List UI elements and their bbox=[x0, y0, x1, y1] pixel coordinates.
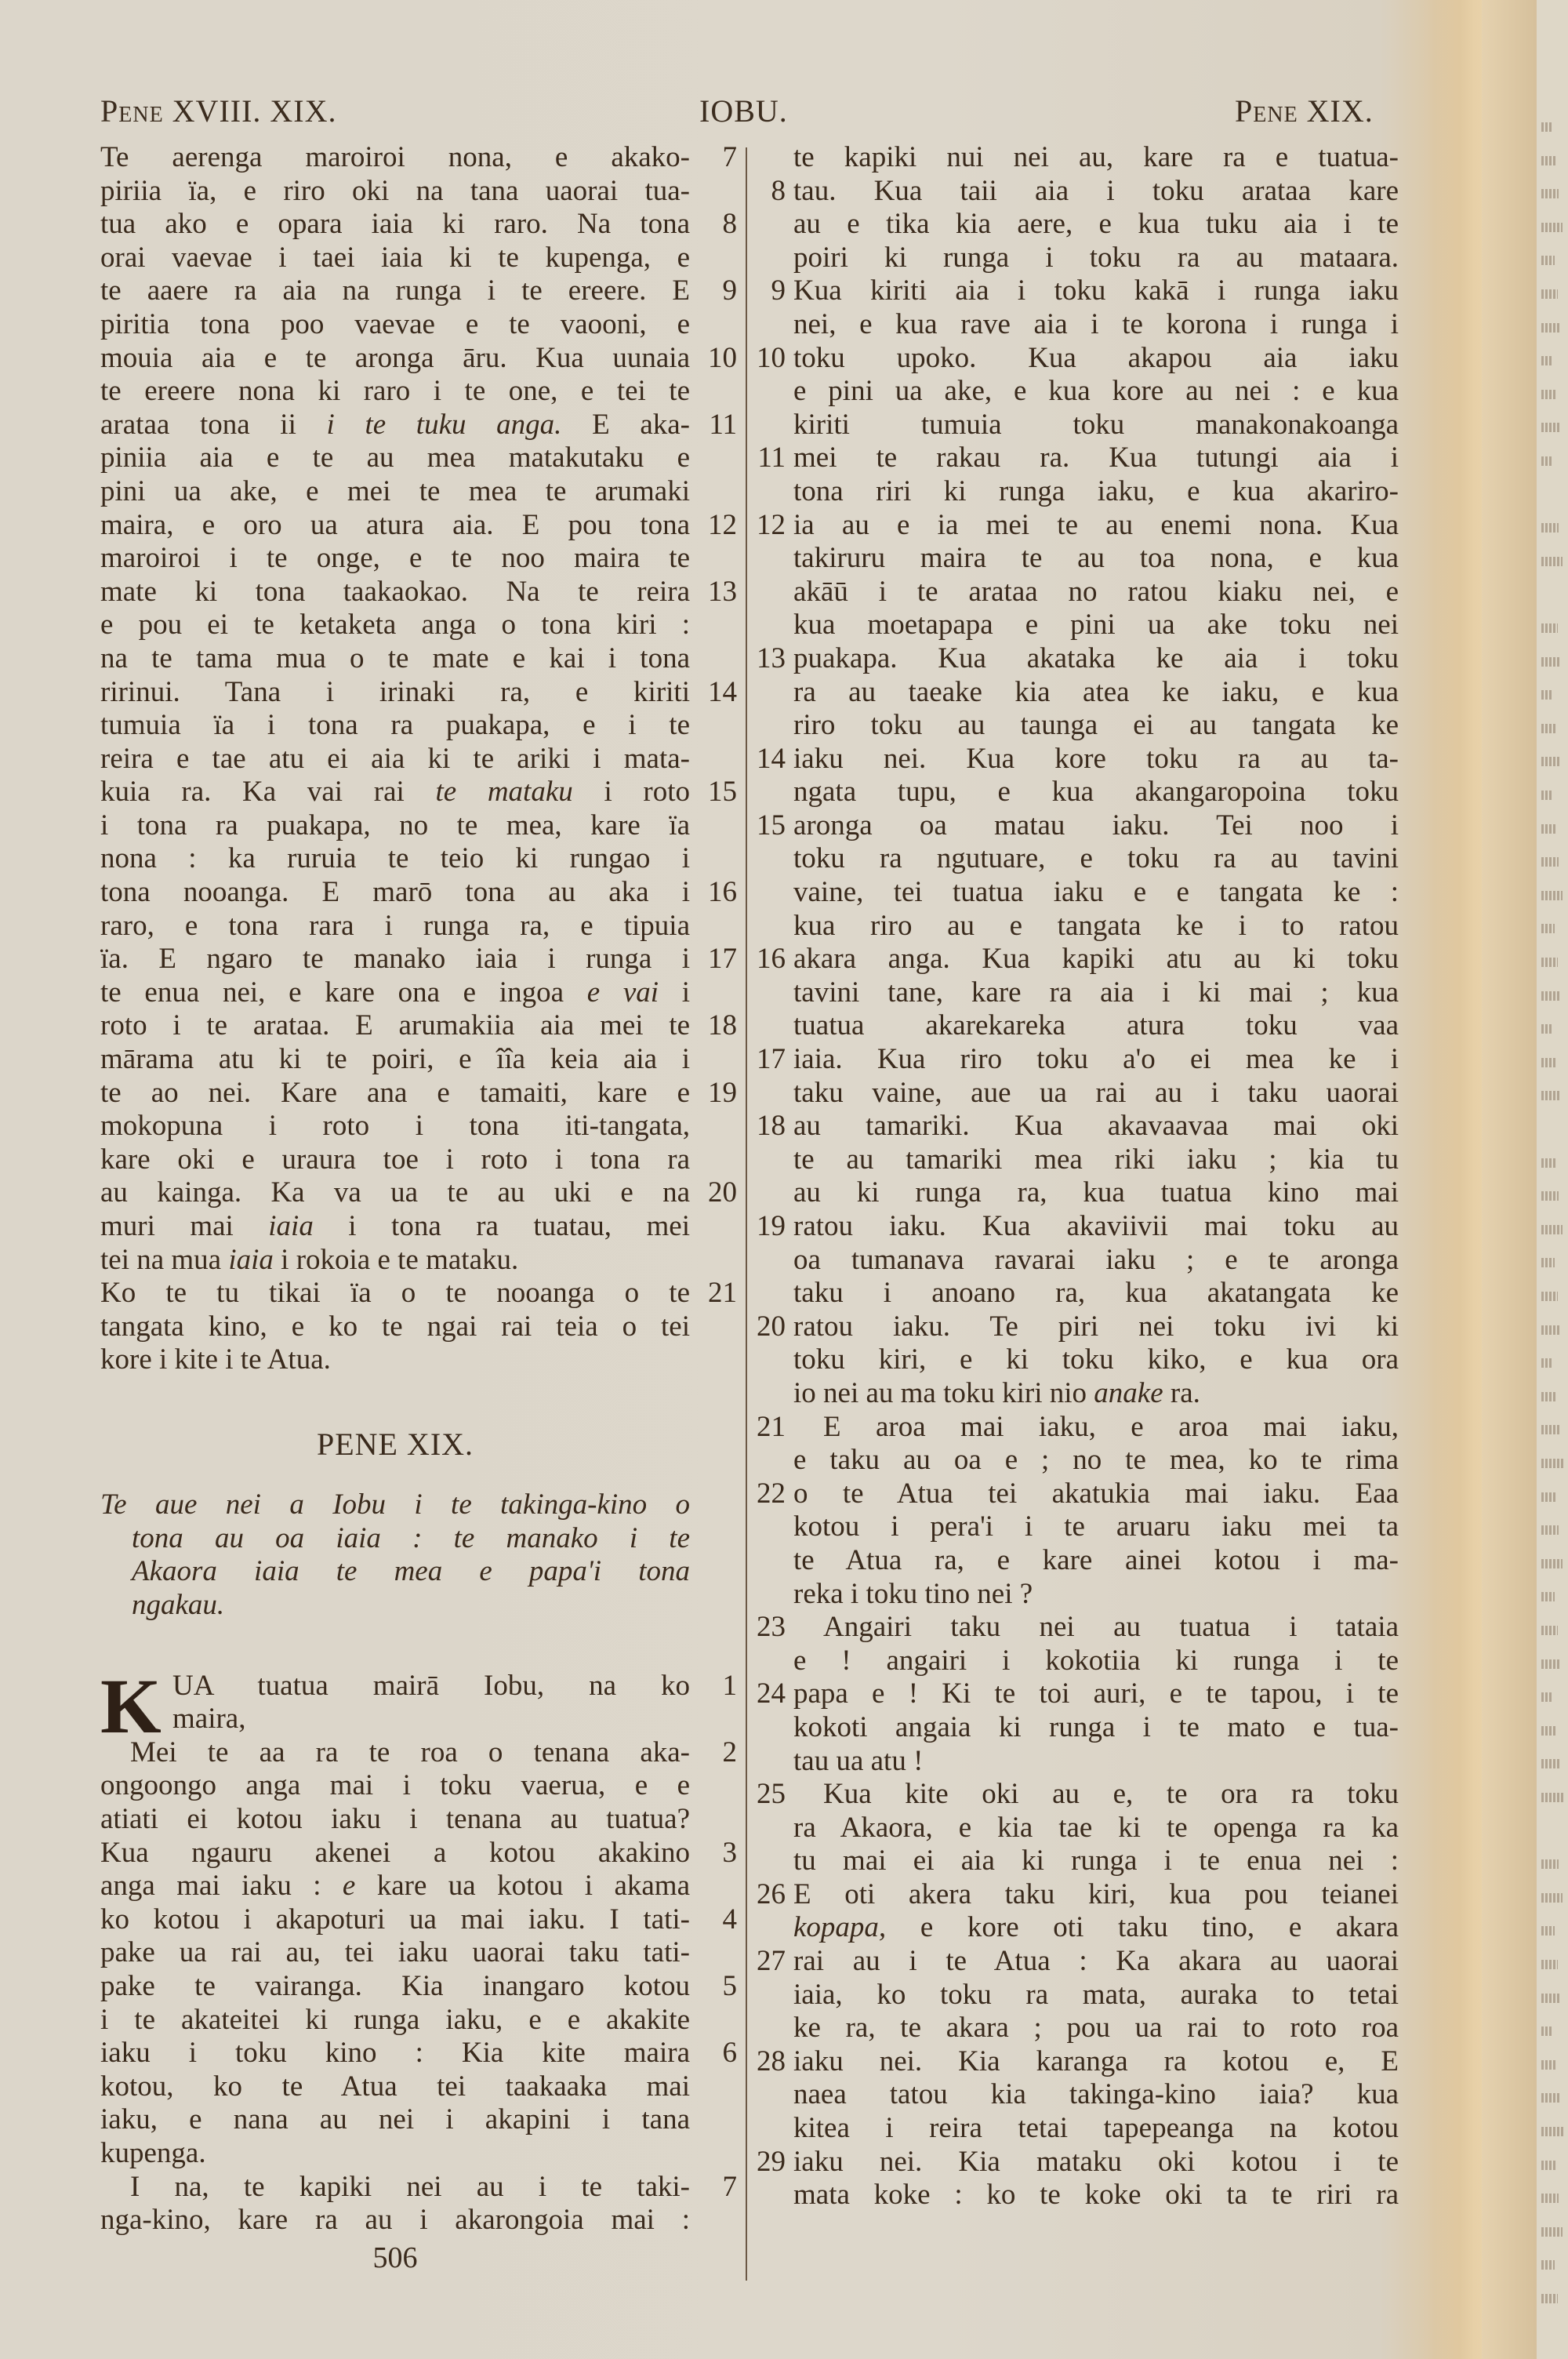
text-line: taku i anoano ra, kua akatangata ke bbox=[751, 1277, 1402, 1310]
text-line: reka i toku tino nei ? bbox=[751, 1578, 1402, 1612]
line-text: puakapa. Kua akataka ke aia i toku bbox=[793, 642, 1399, 676]
page-number: 506 bbox=[100, 2241, 690, 2275]
text-line: 9Kua kiriti aia i toku kakā i runga iaku bbox=[751, 274, 1402, 308]
summary-line: ngakau. bbox=[100, 1589, 690, 1623]
line-text: oa tumanava ravarai iaku ; e te aronga bbox=[793, 1244, 1399, 1278]
text-line: ko kotou i akapoturi ua mai iaku. I tati… bbox=[100, 1903, 735, 1937]
text-line: 23Angairi taku nei au tuatua i tataia bbox=[751, 1611, 1402, 1645]
verse-number: 11 bbox=[751, 442, 786, 475]
line-text: akāū i te arataa no ratou kiaku nei, e bbox=[793, 576, 1399, 609]
line-text: taku vaine, aue ua rai au i taku uaorai bbox=[793, 1077, 1399, 1110]
line-text: takiruru maira te au toa nona, e kua bbox=[793, 542, 1399, 576]
verse-number: 16 bbox=[706, 876, 737, 910]
text-segment: tei na mua bbox=[100, 1244, 228, 1276]
line-text: arataa tona ii i te tuku anga. E aka- bbox=[100, 409, 690, 442]
text-line: io nei au ma toku kiri nio anake ra. bbox=[751, 1377, 1402, 1411]
text-line: kotou i pera'i i te aruaru iaku mei ta bbox=[751, 1510, 1402, 1544]
text-line: orai vaevae i taei iaia ki te kupenga, e bbox=[100, 242, 735, 275]
line-text: kokoti angaia ki runga i te mato e tua- bbox=[793, 1711, 1399, 1745]
show-through-text bbox=[1541, 1592, 1555, 1601]
text-line: oa tumanava ravarai iaku ; e te aronga bbox=[751, 1244, 1402, 1278]
left-column-verses-bottom: UA tuatua mairā Iobu, na ko1maira,Mei te… bbox=[100, 1670, 735, 2237]
show-through-text bbox=[1541, 1024, 1553, 1034]
show-through-text bbox=[1541, 156, 1555, 165]
text-line: Ko te tu tikai ïa o te nooanga o te21 bbox=[100, 1277, 735, 1310]
verse-number: 8 bbox=[751, 175, 786, 209]
line-text: reira e tae atu ei aia ki te ariki i mat… bbox=[100, 743, 690, 776]
text-line: akāū i te arataa no ratou kiaku nei, e bbox=[751, 576, 1402, 609]
text-line: te kapiki nui nei au, kare ra e tuatua- bbox=[751, 141, 1402, 175]
text-line: pake te vairanga. Kia inangaro kotou5 bbox=[100, 1970, 735, 2004]
text-line: 16akara anga. Kua kapiki atu au ki toku bbox=[751, 943, 1402, 976]
text-line: 8tau. Kua taii aia i toku arataa kare bbox=[751, 175, 1402, 209]
text-line: taku vaine, aue ua rai au i taku uaorai bbox=[751, 1077, 1402, 1110]
text-line: 22o te Atua tei akatukia mai iaku. Eaa bbox=[751, 1478, 1402, 1511]
line-text: ratou iaku. Te piri nei toku ivi ki bbox=[793, 1310, 1399, 1344]
show-through-text bbox=[1541, 1525, 1559, 1535]
text-segment: i bbox=[659, 976, 690, 1009]
text-line: 20ratou iaku. Te piri nei toku ivi ki bbox=[751, 1310, 1402, 1344]
line-text: iaku i toku kino : Kia kite maira bbox=[100, 2037, 690, 2070]
line-text: iaia. Kua riro toku a'o ei mea ke i bbox=[793, 1043, 1399, 1077]
text-line: iaia, ko toku ra mata, auraka to tetai bbox=[751, 1979, 1402, 2012]
line-text: kopapa, e kore oti taku tino, e akara bbox=[793, 1911, 1399, 1945]
show-through-text bbox=[1541, 1091, 1560, 1100]
text-line: 21E aroa mai iaku, e aroa mai iaku, bbox=[751, 1411, 1402, 1445]
line-text: piriia ïa, e riro oki na tana uaorai tua… bbox=[100, 175, 690, 209]
line-text: na te tama mua o te mate e kai i tona bbox=[100, 642, 690, 676]
text-line: toku ra ngutuare, e toku ra au tavini bbox=[751, 842, 1402, 876]
text-line: i te akateitei ki runga iaku, e e akakit… bbox=[100, 2004, 735, 2037]
line-text: kiriti tumuia toku manakonakoanga bbox=[793, 409, 1399, 442]
left-column: Te aerenga maroiroi nona, e akako-7pirii… bbox=[100, 141, 735, 1377]
line-text: toku kiri, e ki toku kiko, e kua ora bbox=[793, 1343, 1399, 1377]
text-line: tumuia ïa i tona ra puakapa, e i te bbox=[100, 709, 735, 743]
text-line: kore i kite i te Atua. bbox=[100, 1343, 735, 1377]
text-line: 18au tamariki. Kua akavaavaa mai oki bbox=[751, 1110, 1402, 1143]
show-through-text bbox=[1541, 523, 1559, 533]
line-text: mei te rakau ra. Kua tutungi aia i bbox=[793, 442, 1399, 475]
show-through-text bbox=[1541, 1859, 1559, 1869]
text-line: tua ako e opara iaia ki raro. Na tona8 bbox=[100, 208, 735, 242]
line-text: akara anga. Kua kapiki atu au ki toku bbox=[793, 943, 1399, 976]
text-segment: arataa tona ii bbox=[100, 409, 327, 441]
line-text: mate ki tona taakaokao. Na te reira bbox=[100, 576, 690, 609]
line-text: Kua kite oki au e, te ora ra toku bbox=[793, 1778, 1399, 1812]
verse-number: 2 bbox=[706, 1736, 737, 1770]
italic-phrase: iaia bbox=[268, 1210, 314, 1242]
show-through-text bbox=[1541, 1759, 1560, 1768]
text-segment: E aka- bbox=[561, 409, 690, 441]
show-through-text bbox=[1541, 557, 1563, 566]
text-line: e pou ei te ketaketa anga o tona kiri : bbox=[100, 609, 735, 642]
show-through-text bbox=[1541, 623, 1558, 633]
text-line: arataa tona ii i te tuku anga. E aka-11 bbox=[100, 409, 735, 442]
line-text: aronga oa matau iaku. Tei noo i bbox=[793, 809, 1399, 843]
text-line: riro toku au taunga ei au tangata ke bbox=[751, 709, 1402, 743]
text-line: tuatua akarekareka atura toku vaa bbox=[751, 1009, 1402, 1043]
show-through-text bbox=[1541, 2260, 1555, 2270]
text-line: mokopuna i roto i tona iti-tangata, bbox=[100, 1110, 735, 1143]
italic-phrase: iaia bbox=[228, 1244, 274, 1276]
line-text: pake ua rai au, tei iaku uaorai taku tat… bbox=[100, 1936, 690, 1970]
line-text: iaku nei. Kia karanga ra kotou e, E bbox=[793, 2045, 1399, 2079]
verse-number: 9 bbox=[751, 274, 786, 308]
show-through-text bbox=[1541, 2294, 1558, 2303]
show-through-text bbox=[1541, 1459, 1563, 1468]
book-page: Pene XVIII. XIX. IOBU. Pene XIX. Te aere… bbox=[0, 0, 1568, 2359]
show-through-text bbox=[1541, 1191, 1559, 1201]
text-line: te aaere ra aia na runga i te ereere. E9 bbox=[100, 274, 735, 308]
line-text: tavini tane, kare ra aia i ki mai ; kua bbox=[793, 976, 1399, 1010]
text-line: kokoti angaia ki runga i te mato e tua- bbox=[751, 1711, 1402, 1745]
show-through-text bbox=[1541, 657, 1561, 667]
text-line: tu mai ei aia ki runga i te enua nei : bbox=[751, 1845, 1402, 1878]
verse-number: 14 bbox=[751, 743, 786, 776]
line-text: te ereere nona ki raro i te one, e tei t… bbox=[100, 375, 690, 409]
line-text: tangata kino, e ko te ngai rai teia o te… bbox=[100, 1310, 690, 1344]
text-line: 25Kua kite oki au e, te ora ra toku bbox=[751, 1778, 1402, 1812]
line-text: anga mai iaku : e kare ua kotou i akama bbox=[100, 1870, 690, 1903]
line-text: toku upoko. Kua akapou aia iaku bbox=[793, 342, 1399, 376]
line-text: kotou i pera'i i te aruaru iaku mei ta bbox=[793, 1510, 1399, 1544]
line-text: tuatua akarekareka atura toku vaa bbox=[793, 1009, 1399, 1043]
line-text: raro, e tona rara i runga ra, e tipuia bbox=[100, 910, 690, 943]
line-text: e pou ei te ketaketa anga o tona kiri : bbox=[100, 609, 690, 642]
line-text: kua riro au e tangata ke i to ratou bbox=[793, 910, 1399, 943]
text-line: te Atua ra, e kare ainei kotou i ma- bbox=[751, 1544, 1402, 1578]
text-line: kiriti tumuia toku manakonakoanga bbox=[751, 409, 1402, 442]
text-line: kopapa, e kore oti taku tino, e akara bbox=[751, 1911, 1402, 1945]
line-text: iaia, ko toku ra mata, auraka to tetai bbox=[793, 1979, 1399, 2012]
text-line: na te tama mua o te mate e kai i tona bbox=[100, 642, 735, 676]
show-through-text bbox=[1541, 223, 1563, 232]
text-line: ongoongo anga mai i toku vaerua, e e bbox=[100, 1769, 735, 1803]
line-text: e pini ua ake, e kua kore au nei : e kua bbox=[793, 375, 1399, 409]
text-line: te ao nei. Kare ana e tamaiti, kare e19 bbox=[100, 1077, 735, 1110]
show-through-text bbox=[1541, 924, 1555, 933]
line-text: mouia aia e te aronga āru. Kua uunaia bbox=[100, 342, 690, 376]
summary-line: Te aue nei a Iobu i te takinga-kino o bbox=[100, 1488, 690, 1522]
line-text: kua moetapapa e pini ua ake toku nei bbox=[793, 609, 1399, 642]
text-line: mārama atu ki te poiri, e îîa keia aia i bbox=[100, 1043, 735, 1077]
line-text: taku i anoano ra, kua akatangata ke bbox=[793, 1277, 1399, 1310]
verse-number: 12 bbox=[751, 509, 786, 543]
line-text: ongoongo anga mai i toku vaerua, e e bbox=[100, 1769, 690, 1803]
line-text: kore i kite i te Atua. bbox=[100, 1343, 690, 1377]
italic-phrase: e bbox=[343, 1870, 355, 1902]
summary-line: tona au oa iaia : te manako i te bbox=[100, 1522, 690, 1556]
verse-number: 21 bbox=[751, 1411, 786, 1445]
show-through-text bbox=[1541, 1392, 1557, 1401]
italic-word: kopapa, bbox=[793, 1911, 886, 1943]
verse-number: 23 bbox=[751, 1611, 786, 1645]
line-text: piniia aia e te au mea matakutaku e bbox=[100, 442, 690, 475]
show-through-text bbox=[1541, 122, 1552, 132]
verse-number: 18 bbox=[706, 1009, 737, 1043]
verse-number: 13 bbox=[706, 576, 737, 609]
verse-number: 22 bbox=[751, 1478, 786, 1511]
text-line: mate ki tona taakaokao. Na te reira13 bbox=[100, 576, 735, 609]
verse-number: 10 bbox=[751, 342, 786, 376]
line-text: iaku, e nana au nei i akapini i tana bbox=[100, 2103, 690, 2137]
running-head-book-title: IOBU. bbox=[699, 93, 788, 129]
line-text: tua ako e opara iaia ki raro. Na tona bbox=[100, 208, 690, 242]
line-text: maroiroi i te onge, e te noo maira te bbox=[100, 542, 690, 576]
text-line: UA tuatua mairā Iobu, na ko1 bbox=[100, 1670, 735, 1703]
text-segment: i roto bbox=[573, 776, 690, 808]
text-line: Mei te aa ra te roa o tenana aka-2 bbox=[100, 1736, 735, 1770]
text-segment: te enua nei, e kare ona e ingoa bbox=[100, 976, 587, 1009]
text-line: Kua ngauru akenei a kotou akakino3 bbox=[100, 1837, 735, 1870]
text-line: piritia tona poo vaevae e te vaooni, e bbox=[100, 308, 735, 342]
text-line: tona nooanga. E marō tona au aka i16 bbox=[100, 876, 735, 910]
text-line: I na, te kapiki nei au i te taki-7 bbox=[100, 2171, 735, 2205]
text-segment: io nei au ma toku kiri nio bbox=[793, 1377, 1094, 1409]
line-text: pini ua ake, e mei te mea te arumaki bbox=[100, 475, 690, 509]
text-line: atiati ei kotou iaku i tenana au tuatua? bbox=[100, 1803, 735, 1837]
running-head-right: Pene XIX. bbox=[1235, 93, 1374, 129]
text-line: poiri ki runga i toku ra au mataara. bbox=[751, 242, 1402, 275]
text-line: te enua nei, e kare ona e ingoa e vai i bbox=[100, 976, 735, 1010]
verse-number: 4 bbox=[706, 1903, 737, 1937]
line-text: riro toku au taunga ei au tangata ke bbox=[793, 709, 1399, 743]
line-text: piritia tona poo vaevae e te vaooni, e bbox=[100, 308, 690, 342]
text-line: kotou, ko te Atua tei taakaaka mai bbox=[100, 2070, 735, 2104]
show-through-text bbox=[1541, 1626, 1558, 1635]
line-text: te aaere ra aia na runga i te ereere. E bbox=[100, 274, 690, 308]
text-segment: i rokoia e te mataku. bbox=[274, 1244, 518, 1276]
line-text: maira, e oro ua atura aia. E pou tona bbox=[100, 509, 690, 543]
text-line: 26E oti akera taku kiri, kua pou teianei bbox=[751, 1878, 1402, 1912]
show-through-text bbox=[1541, 724, 1557, 733]
line-text: iaku nei. Kua kore toku ra au ta- bbox=[793, 743, 1399, 776]
text-line: 14iaku nei. Kua kore toku ra au ta- bbox=[751, 743, 1402, 776]
show-through-text bbox=[1541, 2127, 1563, 2136]
line-text: mata koke : ko te koke oki ta te riri ra bbox=[793, 2179, 1399, 2212]
text-line: anga mai iaku : e kare ua kotou i akama bbox=[100, 1870, 735, 1903]
verse-number: 25 bbox=[751, 1778, 786, 1812]
line-text: tei na mua iaia i rokoia e te mataku. bbox=[100, 1244, 690, 1278]
verse-number: 24 bbox=[751, 1677, 786, 1711]
line-text: I na, te kapiki nei au i te taki- bbox=[100, 2171, 690, 2205]
line-text: ra Akaora, e kia tae ki te openga ra ka bbox=[793, 1812, 1399, 1845]
text-line: kupenga. bbox=[100, 2137, 735, 2171]
show-through-text bbox=[1541, 958, 1558, 967]
text-line: piriia ïa, e riro oki na tana uaorai tua… bbox=[100, 175, 735, 209]
line-text: te au tamariki mea riki iaku ; kia tu bbox=[793, 1143, 1399, 1177]
verse-number: 15 bbox=[751, 809, 786, 843]
summary-line: Akaora iaia te mea e papa'i tona bbox=[100, 1555, 690, 1589]
line-text: mārama atu ki te poiri, e îîa keia aia i bbox=[100, 1043, 690, 1077]
verse-number: 21 bbox=[706, 1277, 737, 1310]
text-line: vaine, tei tuatua iaku e e tangata ke : bbox=[751, 876, 1402, 910]
verse-number: 14 bbox=[706, 676, 737, 710]
show-through-text bbox=[1541, 791, 1552, 800]
text-line: 28iaku nei. Kia karanga ra kotou e, E bbox=[751, 2045, 1402, 2079]
text-segment: i tona ra tuatau, mei bbox=[314, 1210, 690, 1242]
text-line: takiruru maira te au toa nona, e kua bbox=[751, 542, 1402, 576]
italic-phrase: e vai bbox=[587, 976, 659, 1009]
show-through-text bbox=[1541, 1926, 1555, 1936]
text-line: piniia aia e te au mea matakutaku e bbox=[100, 442, 735, 475]
verse-number: 17 bbox=[751, 1043, 786, 1077]
show-through-text bbox=[1541, 1258, 1555, 1267]
line-text: mokopuna i roto i tona iti-tangata, bbox=[100, 1110, 690, 1143]
text-line: kitea i reira tetai tapepeanga na kotou bbox=[751, 2112, 1402, 2146]
show-through-text bbox=[1541, 1425, 1560, 1434]
text-segment: kare ua kotou i akama bbox=[355, 1870, 690, 1902]
show-through-text bbox=[1541, 2026, 1553, 2036]
text-line: 24papa e ! Ki te toi auri, e te tapou, i… bbox=[751, 1677, 1402, 1711]
show-through-text bbox=[1541, 1692, 1553, 1702]
line-text: atiati ei kotou iaku i tenana au tuatua? bbox=[100, 1803, 690, 1837]
verse-number: 13 bbox=[751, 642, 786, 676]
show-through-text bbox=[1541, 390, 1557, 399]
line-text: toku ra ngutuare, e toku ra au tavini bbox=[793, 842, 1399, 876]
line-text: te ao nei. Kare ana e tamaiti, kare e bbox=[100, 1077, 690, 1110]
verse-number: 9 bbox=[706, 274, 737, 308]
show-through-text bbox=[1541, 423, 1560, 432]
verse-number: 29 bbox=[751, 2146, 786, 2179]
line-text: tona nooanga. E marō tona au aka i bbox=[100, 876, 690, 910]
text-line: ïa. E ngaro te manako iaia i runga i17 bbox=[100, 943, 735, 976]
verse-number: 15 bbox=[706, 776, 737, 809]
text-line: reira e tae atu ei aia ki te ariki i mat… bbox=[100, 743, 735, 776]
text-line: au kainga. Ka va ua te au uki e na20 bbox=[100, 1176, 735, 1210]
show-through-text bbox=[1541, 1994, 1561, 2003]
line-text: papa e ! Ki te toi auri, e te tapou, i t… bbox=[793, 1677, 1399, 1711]
line-text: reka i toku tino nei ? bbox=[793, 1578, 1399, 1612]
line-text: kupenga. bbox=[100, 2137, 690, 2171]
verse-number: 3 bbox=[706, 1837, 737, 1870]
text-line: ra au taeake kia atea ke iaku, e kua bbox=[751, 676, 1402, 710]
line-text: ratou iaku. Kua akaviivii mai toku au bbox=[793, 1210, 1399, 1244]
italic-phrase: i te tuku anga. bbox=[327, 409, 562, 441]
show-through-text bbox=[1541, 2161, 1555, 2170]
line-text: i te akateitei ki runga iaku, e e akakit… bbox=[100, 2004, 690, 2037]
show-through-text bbox=[1541, 1058, 1557, 1067]
verse-number: 11 bbox=[706, 409, 737, 442]
show-through-text bbox=[1541, 2093, 1560, 2103]
text-line: mata koke : ko te koke oki ta te riri ra bbox=[751, 2179, 1402, 2212]
verse-number: 18 bbox=[751, 1110, 786, 1143]
text-line: maroiroi i te onge, e te noo maira te bbox=[100, 542, 735, 576]
line-text: au ki runga ra, kua tuatua kino mai bbox=[793, 1176, 1399, 1210]
line-text: ia au e ia mei te au enemi nona. Kua bbox=[793, 509, 1399, 543]
verse-number: 19 bbox=[751, 1210, 786, 1244]
line-text: ke ra, te akara ; pou ua rai to roto roa bbox=[793, 2012, 1399, 2045]
line-text: rai au i te Atua : Ka akara au uaorai bbox=[793, 1945, 1399, 1979]
text-line: 19ratou iaku. Kua akaviivii mai toku au bbox=[751, 1210, 1402, 1244]
text-line: tei na mua iaia i rokoia e te mataku. bbox=[100, 1244, 735, 1278]
text-line: pini ua ake, e mei te mea te arumaki bbox=[100, 475, 735, 509]
show-through-text bbox=[1541, 1492, 1555, 1502]
show-through-text bbox=[1541, 690, 1553, 700]
line-text: tau ua atu ! bbox=[793, 1745, 1399, 1779]
text-line: te ereere nona ki raro i te one, e tei t… bbox=[100, 375, 735, 409]
text-line: 13puakapa. Kua akataka ke aia i toku bbox=[751, 642, 1402, 676]
text-line: iaku, e nana au nei i akapini i tana bbox=[100, 2103, 735, 2137]
show-through-text bbox=[1541, 1960, 1558, 1969]
text-line: 27rai au i te Atua : Ka akara au uaorai bbox=[751, 1945, 1402, 1979]
running-head-left: Pene XVIII. XIX. bbox=[100, 93, 337, 129]
line-text: iaku nei. Kia mataku oki kotou i te bbox=[793, 2146, 1399, 2179]
line-text: kuia ra. Ka vai rai te mataku i roto bbox=[100, 776, 690, 809]
text-line: e pini ua ake, e kua kore au nei : e kua bbox=[751, 375, 1402, 409]
verse-number: 6 bbox=[706, 2037, 737, 2070]
line-text: maira, bbox=[172, 1703, 690, 1736]
show-through-text bbox=[1541, 2194, 1559, 2203]
line-text: tumuia ïa i tona ra puakapa, e i te bbox=[100, 709, 690, 743]
text-line: e ! angairi i kokotiia ki runga i te bbox=[751, 1645, 1402, 1678]
text-line: tangata kino, e ko te ngai rai teia o te… bbox=[100, 1310, 735, 1344]
show-through-text bbox=[1541, 857, 1559, 867]
line-text: orai vaevae i taei iaia ki te kupenga, e bbox=[100, 242, 690, 275]
line-text: pake te vairanga. Kia inangaro kotou bbox=[100, 1970, 690, 2004]
line-text: Mei te aa ra te roa o tenana aka- bbox=[100, 1736, 690, 1770]
italic-phrase: te mataku bbox=[435, 776, 572, 808]
verse-number: 20 bbox=[706, 1176, 737, 1210]
text-line: kua riro au e tangata ke i to ratou bbox=[751, 910, 1402, 943]
line-text: E oti akera taku kiri, kua pou teianei bbox=[793, 1878, 1399, 1912]
text-line: raro, e tona rara i runga ra, e tipuia bbox=[100, 910, 735, 943]
line-text: nei, e kua rave aia i te korona i runga … bbox=[793, 308, 1399, 342]
line-text: kotou, ko te Atua tei taakaaka mai bbox=[100, 2070, 690, 2104]
text-line: 17iaia. Kua riro toku a'o ei mea ke i bbox=[751, 1043, 1402, 1077]
show-through-text bbox=[1541, 1893, 1563, 1903]
italic-phrase: anake bbox=[1094, 1377, 1163, 1409]
text-line: 29iaku nei. Kia mataku oki kotou i te bbox=[751, 2146, 1402, 2179]
show-through-text bbox=[1541, 456, 1552, 466]
verse-number: 12 bbox=[706, 509, 737, 543]
verse-number: 20 bbox=[751, 1310, 786, 1344]
line-text: ra au taeake kia atea ke iaku, e kua bbox=[793, 676, 1399, 710]
verse-number: 5 bbox=[706, 1970, 737, 2004]
verse-number: 17 bbox=[706, 943, 737, 976]
verse-number: 16 bbox=[751, 943, 786, 976]
verse-number: 28 bbox=[751, 2045, 786, 2079]
show-through-text bbox=[1541, 757, 1560, 766]
text-segment: kuia ra. Ka vai rai bbox=[100, 776, 435, 808]
text-line: ra Akaora, e kia tae ki te openga ra ka bbox=[751, 1812, 1402, 1845]
text-segment: anga mai iaku : bbox=[100, 1870, 343, 1902]
show-through-text bbox=[1541, 189, 1559, 198]
line-text: tona riri ki runga iaku, e kua akariro- bbox=[793, 475, 1399, 509]
line-text: roto i te arataa. E arumakiia aia mei te bbox=[100, 1009, 690, 1043]
text-line: au e tika kia aere, e kua tuku aia i te bbox=[751, 208, 1402, 242]
show-through-text bbox=[1541, 289, 1558, 299]
next-page-edge bbox=[1537, 0, 1568, 2359]
text-line: au ki runga ra, kua tuatua kino mai bbox=[751, 1176, 1402, 1210]
text-line: toku kiri, e ki toku kiko, e kua ora bbox=[751, 1343, 1402, 1377]
text-line: nga-kino, kare ra au i akarongoia mai : bbox=[100, 2204, 735, 2237]
line-text: te Atua ra, e kare ainei kotou i ma- bbox=[793, 1544, 1399, 1578]
verse-number: 19 bbox=[706, 1077, 737, 1110]
chapter-heading: PENE XIX. bbox=[100, 1426, 690, 1463]
text-segment: ra. bbox=[1163, 1377, 1200, 1409]
show-through-text bbox=[1541, 1325, 1561, 1335]
chapter-summary: Te aue nei a Iobu i te takinga-kino oton… bbox=[100, 1488, 690, 1622]
text-segment: muri mai bbox=[100, 1210, 268, 1242]
text-line: kua moetapapa e pini ua ake toku nei bbox=[751, 609, 1402, 642]
show-through-text bbox=[1541, 1559, 1563, 1568]
line-text: kare oki e uraura toe i roto i tona ra bbox=[100, 1143, 690, 1177]
line-text: Te aerenga maroiroi nona, e akako- bbox=[100, 141, 690, 175]
line-text: e ! angairi i kokotiia ki runga i te bbox=[793, 1645, 1399, 1678]
text-line: iaku i toku kino : Kia kite maira6 bbox=[100, 2037, 735, 2070]
line-text: muri mai iaia i tona ra tuatau, mei bbox=[100, 1210, 690, 1244]
